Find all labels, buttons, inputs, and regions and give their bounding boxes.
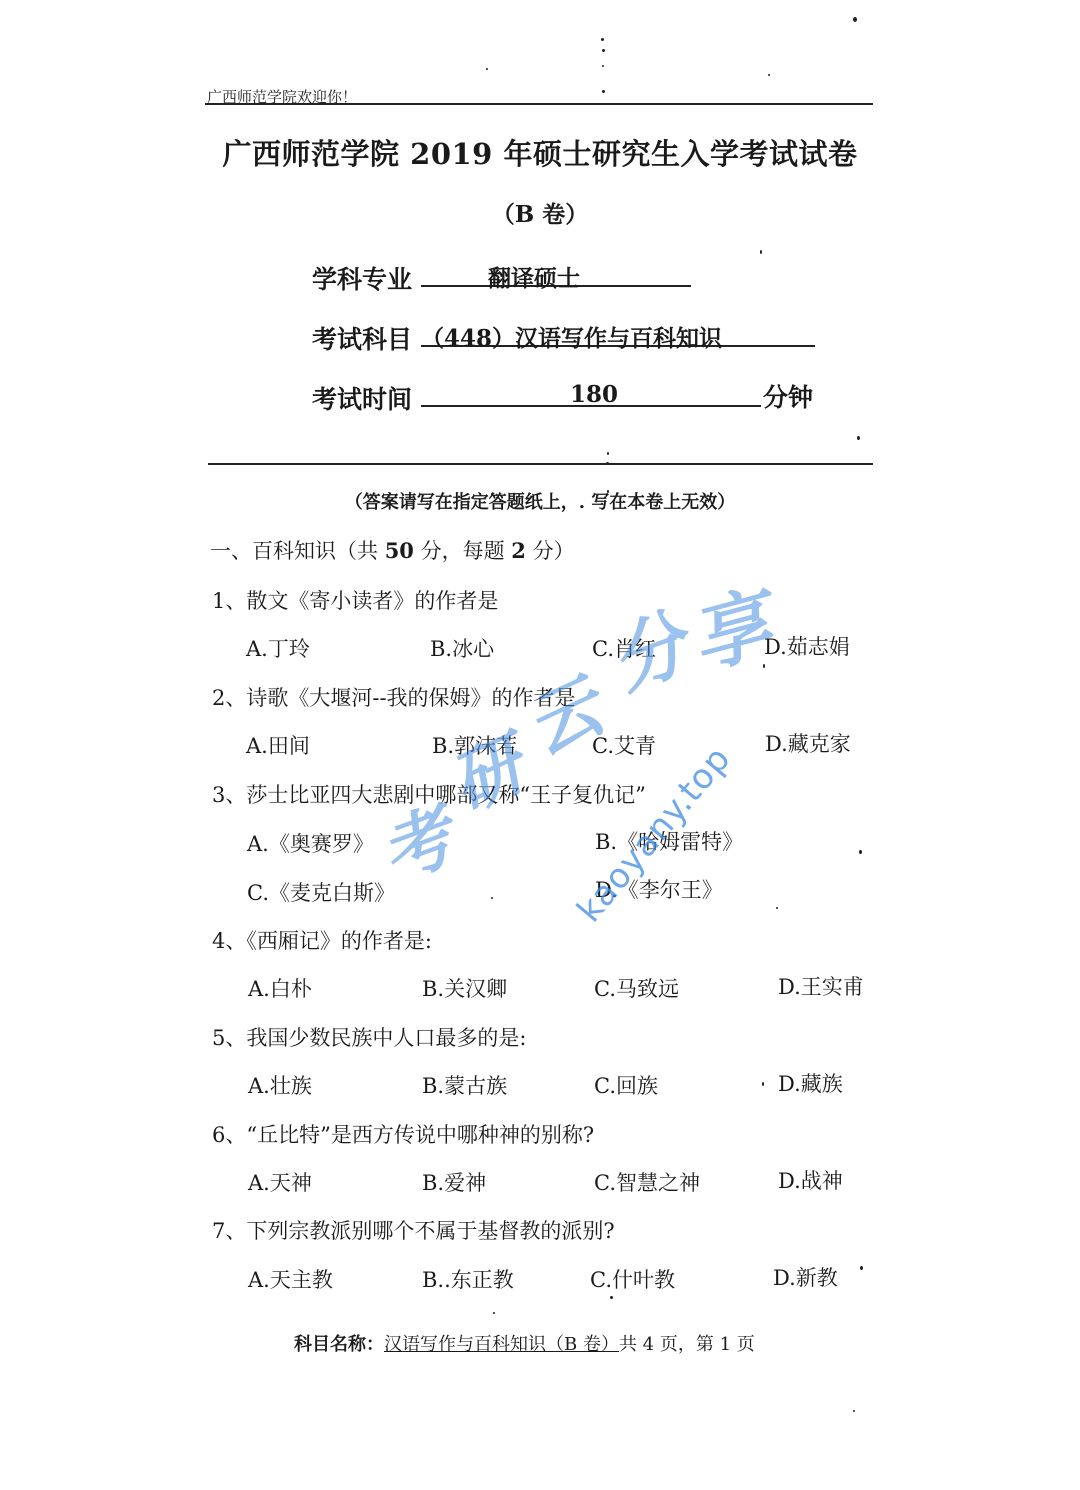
scan-speck bbox=[602, 90, 605, 93]
q7-option-d: D.新教 bbox=[773, 1262, 838, 1292]
major-value: 翻译硕士 bbox=[488, 260, 580, 293]
scan-speck bbox=[607, 452, 609, 455]
scan-speck bbox=[768, 74, 770, 76]
scan-speck bbox=[601, 38, 604, 41]
footer-label: 科目名称： bbox=[294, 1334, 384, 1355]
section-prefix: 一、百科知识（共 bbox=[210, 539, 385, 563]
q6-option-c: C.智慧之神 bbox=[594, 1167, 700, 1197]
q5-option-d: D.藏族 bbox=[778, 1068, 843, 1098]
q3-option-c: C.《麦克白斯》 bbox=[247, 877, 395, 907]
watermark-char: 研 bbox=[432, 710, 538, 831]
q1-option-a: A.丁玲 bbox=[246, 633, 310, 663]
q4-option-d: D.王实甫 bbox=[778, 971, 864, 1001]
subject-label: 考试科目 bbox=[312, 320, 412, 356]
footer-page-count: 共 4 页，第 1 页 bbox=[619, 1334, 755, 1355]
section-suffix: 分） bbox=[526, 539, 575, 563]
q7-option-b: B..东正教 bbox=[422, 1264, 514, 1294]
question-5: 5、我国少数民族中人口最多的是: bbox=[212, 1022, 526, 1052]
question-7: 7、下列宗教派别哪个不属于基督教的派别? bbox=[212, 1215, 615, 1245]
q5-option-a: A.壮族 bbox=[248, 1070, 312, 1100]
footer-subject: 汉语写作与百科知识（B 卷） bbox=[384, 1334, 619, 1355]
section-total-points: 50 bbox=[385, 538, 414, 563]
scan-speck bbox=[857, 436, 860, 440]
question-6: 6、“丘比特”是西方传说中哪种神的别称? bbox=[212, 1119, 594, 1149]
q7-option-c: C.什叶教 bbox=[590, 1264, 675, 1294]
major-label: 学科专业 bbox=[312, 260, 412, 296]
q7-option-a: A.天主教 bbox=[248, 1264, 333, 1294]
scan-speck bbox=[493, 1312, 495, 1314]
section-heading: 一、百科知识（共 50 分，每题 2 分） bbox=[210, 535, 575, 565]
page-footer: 科目名称：汉语写作与百科知识（B 卷）共 4 页，第 1 页 bbox=[294, 1330, 755, 1356]
paper-version: （B 卷） bbox=[0, 196, 1080, 229]
exam-title: 广西师范学院 2019 年硕士研究生入学考试试卷 bbox=[0, 132, 1080, 173]
scan-speck bbox=[859, 850, 862, 854]
scan-speck bbox=[602, 49, 605, 52]
q6-option-a: A.天神 bbox=[248, 1167, 312, 1197]
q4-option-c: C.马致远 bbox=[594, 973, 679, 1003]
q4-option-b: B.关汉卿 bbox=[422, 973, 507, 1003]
scan-speck bbox=[602, 65, 604, 67]
scan-speck bbox=[853, 1410, 855, 1412]
time-unit: 分钟 bbox=[763, 378, 813, 414]
time-label: 考试时间 bbox=[312, 380, 412, 416]
section-rule bbox=[208, 463, 873, 465]
q1-option-b: B.冰心 bbox=[430, 633, 494, 663]
scan-speck bbox=[491, 897, 493, 899]
section-points-each: 2 bbox=[511, 538, 526, 563]
answer-instruction: （答案请写在指定答题纸上，. 写在本卷上无效） bbox=[0, 488, 1080, 514]
scan-speck bbox=[486, 68, 488, 70]
q6-option-b: B.爱神 bbox=[422, 1167, 486, 1197]
q5-option-c: C.回族 bbox=[594, 1070, 658, 1100]
scan-speck bbox=[760, 250, 762, 254]
header-rule bbox=[205, 103, 873, 105]
scan-speck bbox=[610, 1296, 613, 1299]
q5-option-b: B.蒙古族 bbox=[422, 1070, 507, 1100]
scan-speck bbox=[776, 907, 778, 909]
subject-value: （448）汉语写作与百科知识 bbox=[421, 320, 722, 353]
q2-option-a: A.田间 bbox=[246, 730, 310, 760]
q6-option-d: D.战神 bbox=[778, 1165, 843, 1195]
scan-speck bbox=[853, 17, 857, 22]
time-value: 180 bbox=[570, 381, 618, 408]
question-1: 1、散文《寄小读者》的作者是 bbox=[212, 585, 498, 615]
q2-option-d: D.藏克家 bbox=[765, 728, 851, 758]
scan-speck bbox=[860, 1266, 863, 1270]
question-4: 4、《西厢记》的作者是: bbox=[212, 925, 432, 955]
section-mid: 分，每题 bbox=[414, 539, 511, 563]
q3-option-a: A.《奥赛罗》 bbox=[247, 828, 374, 858]
exam-page: 广西师范学院欢迎你！ 广西师范学院 2019 年硕士研究生入学考试试卷 （B 卷… bbox=[0, 0, 1080, 1490]
q4-option-a: A.白朴 bbox=[248, 973, 312, 1003]
scan-speck bbox=[762, 1082, 764, 1086]
